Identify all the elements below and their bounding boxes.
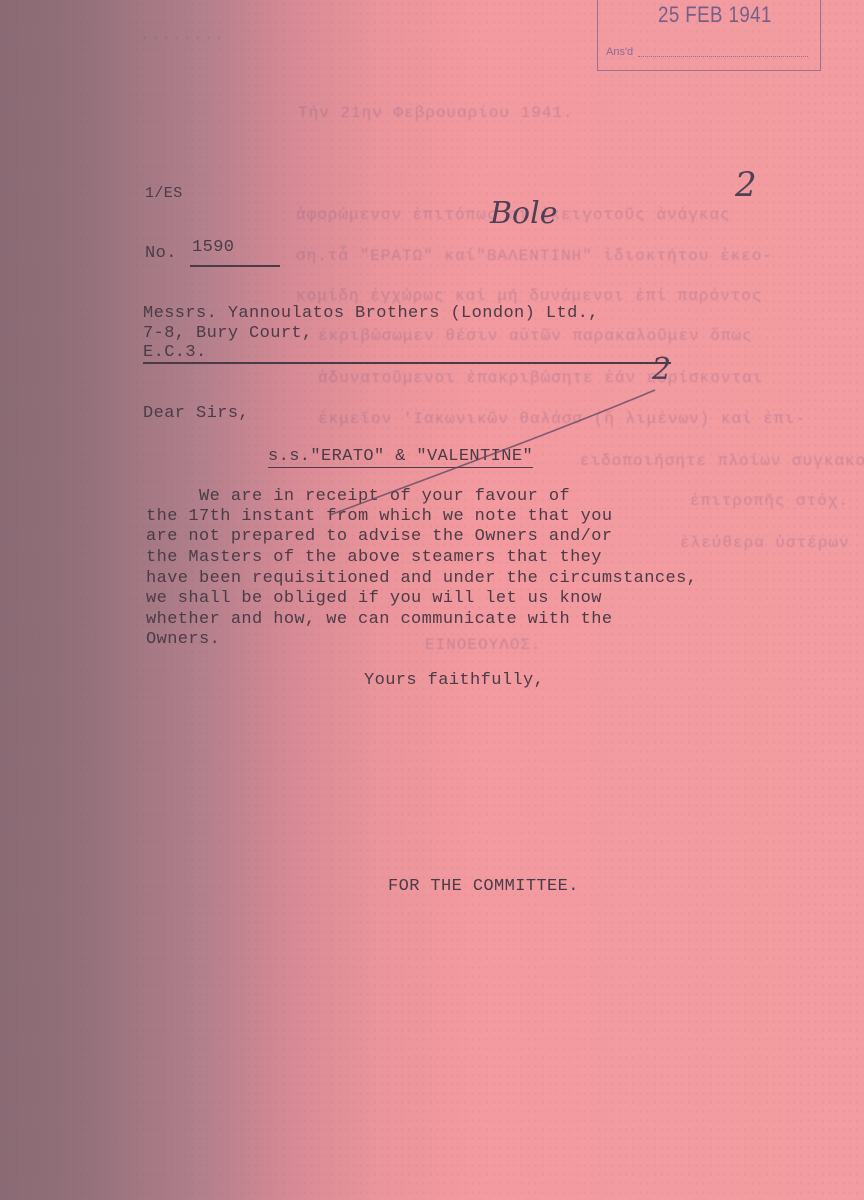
pencil-stroke <box>0 0 864 1200</box>
